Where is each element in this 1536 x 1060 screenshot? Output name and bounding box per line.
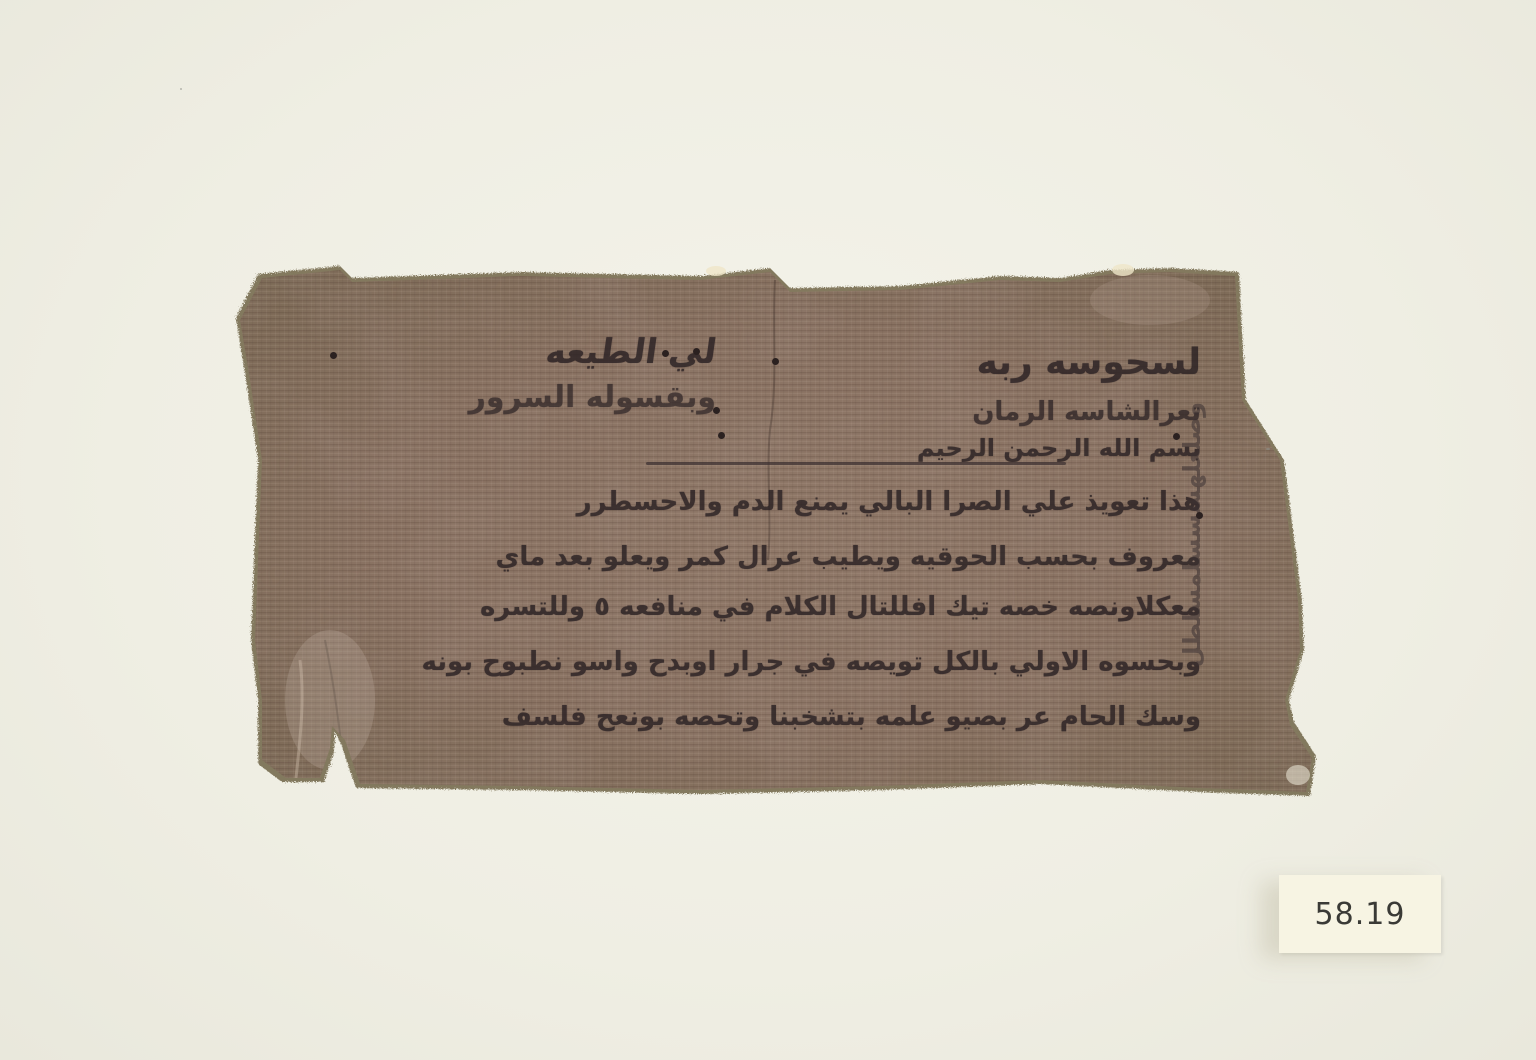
ink-dot [1173,433,1180,440]
ink-dot [772,358,779,365]
ink-dot [718,432,725,439]
accession-label: 58.19 [1279,875,1441,953]
ink-dot [713,407,720,414]
ink-dot [693,348,700,355]
accession-number: 58.19 [1315,897,1406,932]
mount-speck [1266,448,1270,450]
ink-dot [662,350,669,357]
ink-dot [330,352,337,359]
mount-speck [180,88,182,90]
ink-dot [1196,512,1203,519]
